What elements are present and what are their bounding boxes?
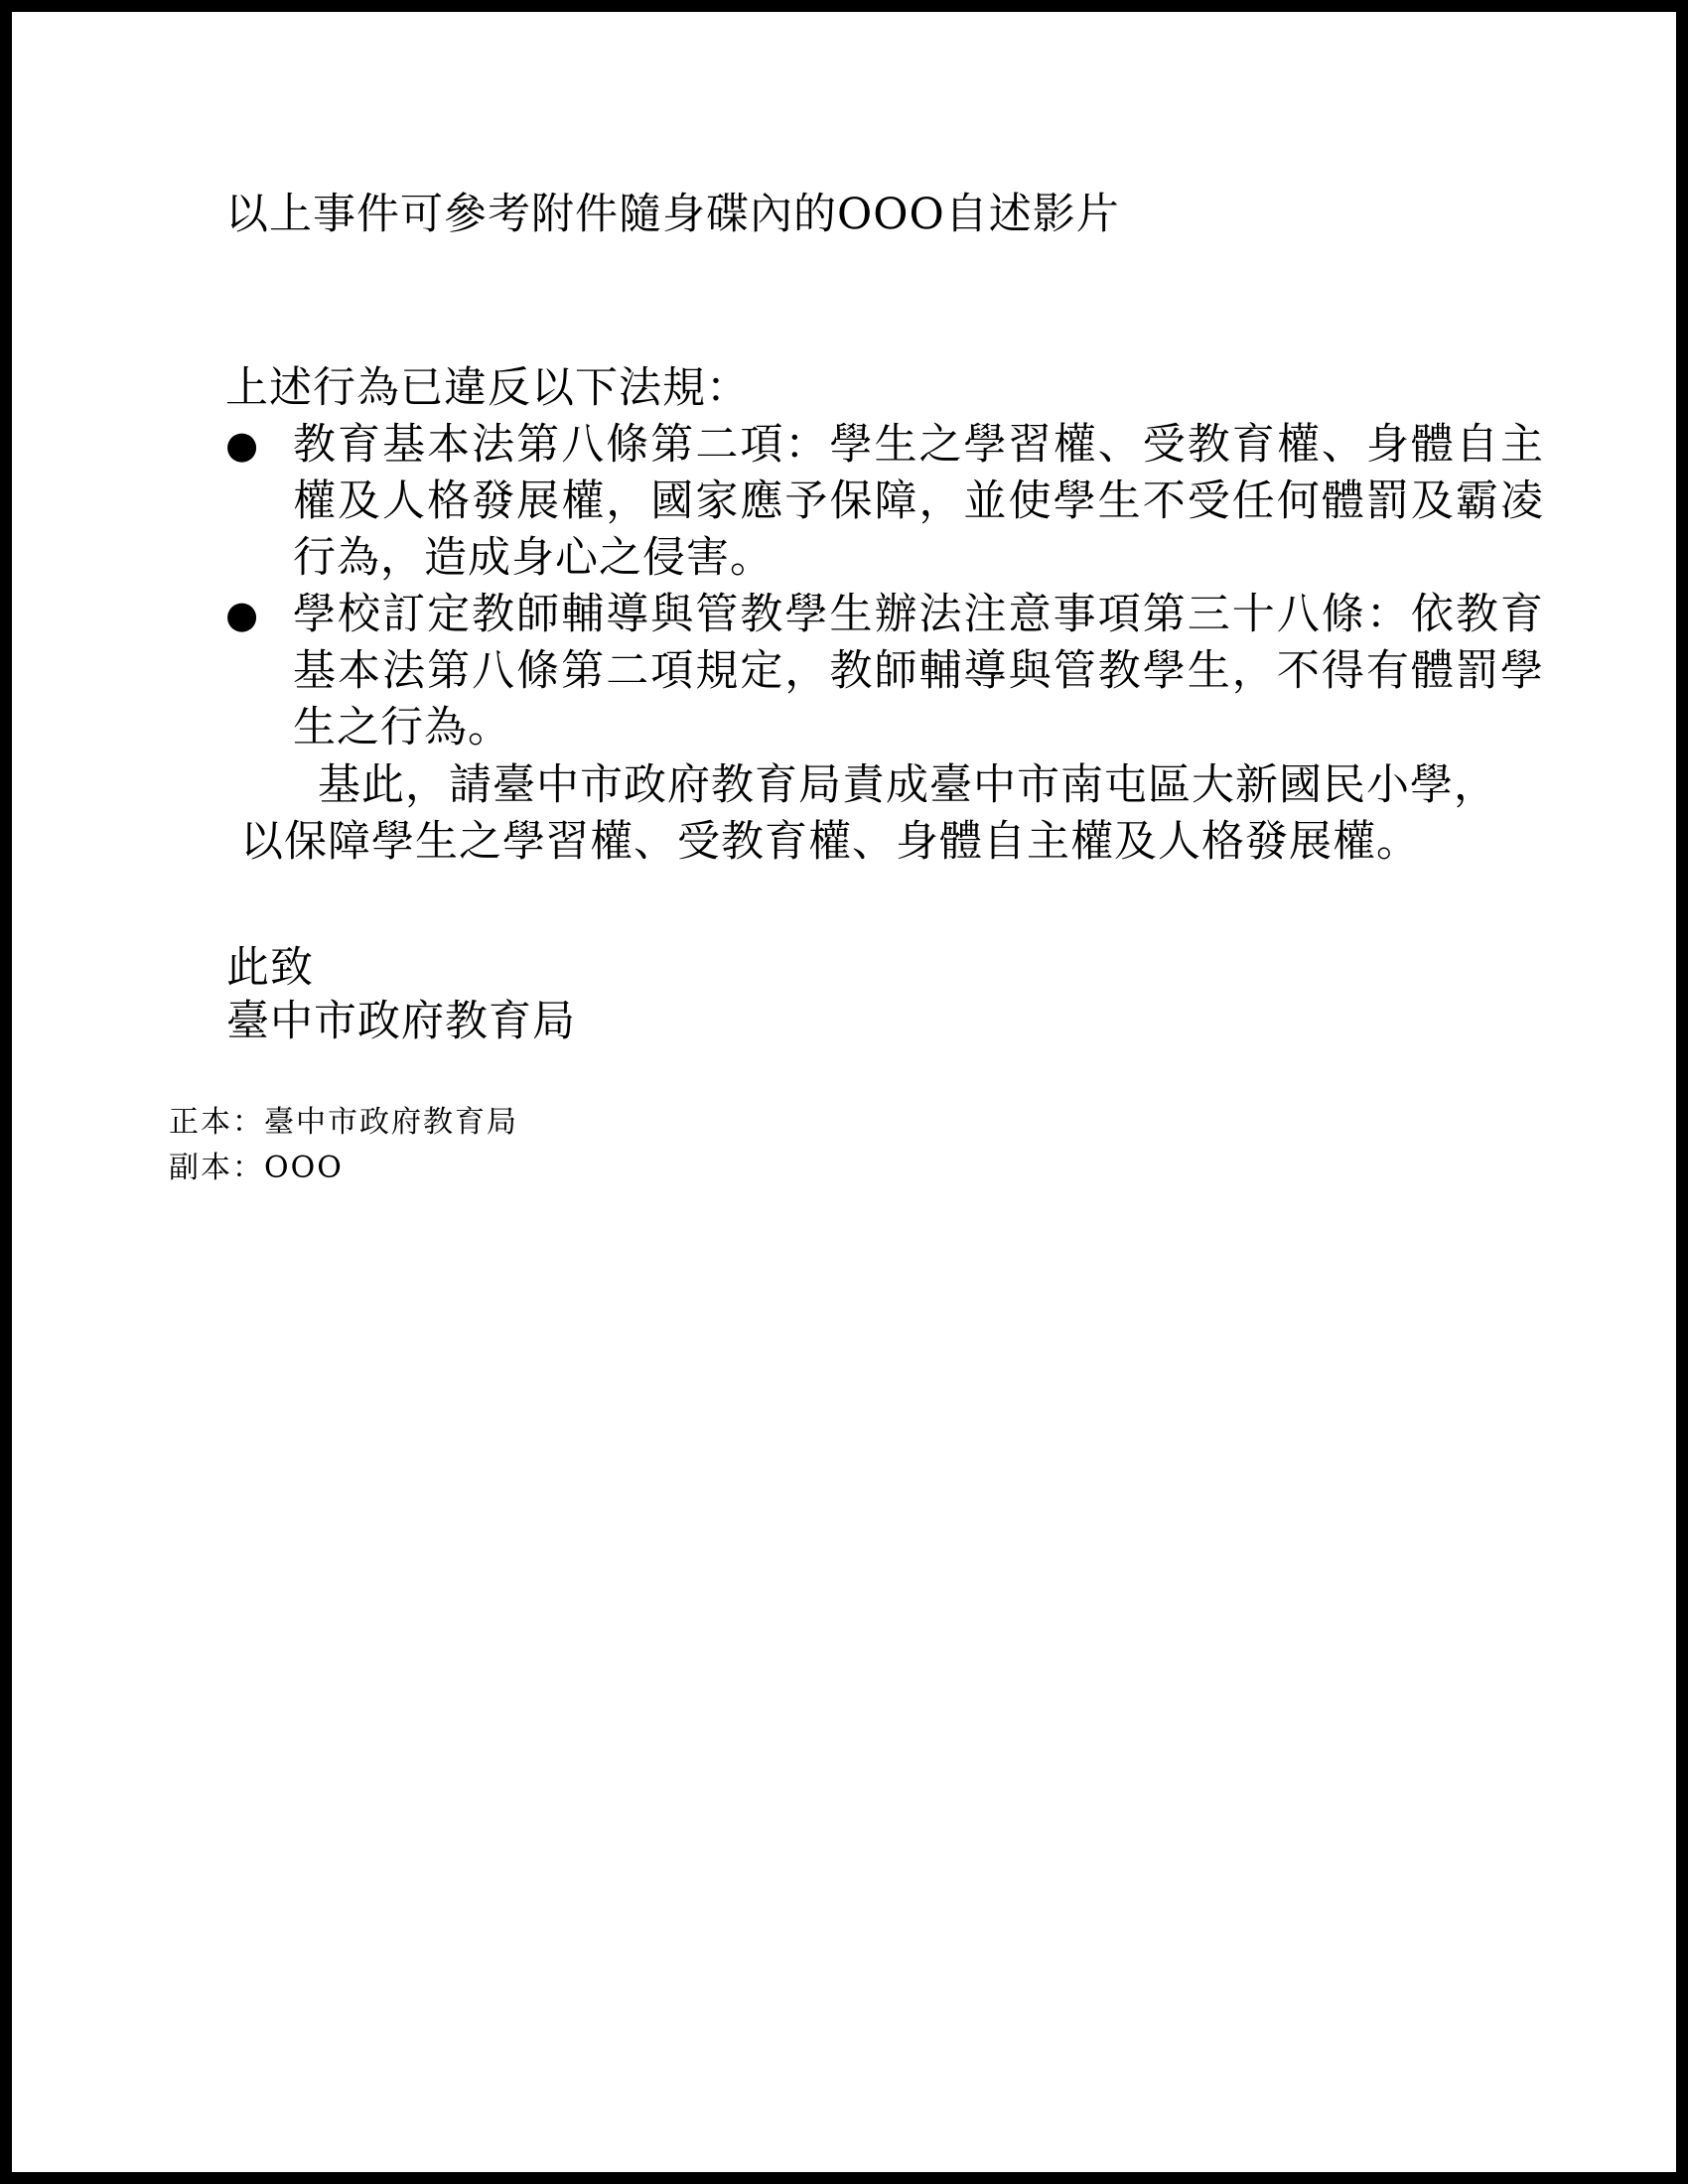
closing-paragraph: 基此，請臺中市政府教育局責成臺中市南屯區大新國民小學，以保障學生之學習權、受教育… bbox=[240, 757, 1531, 871]
intro-line: 以上事件可參考附件隨身碟內的OOO自述影片 bbox=[225, 187, 1120, 243]
cc-recipient-line: 副本：OOO bbox=[169, 1146, 518, 1191]
section-heading: 上述行為已違反以下法規： bbox=[225, 360, 750, 417]
bullet-icon: ● bbox=[225, 587, 258, 643]
violated-laws-list: ● 教育基本法第八條第二項：學生之學習權、受教育權、身體自主權及人格發展權，國家… bbox=[225, 417, 1546, 756]
document-page: 以上事件可參考附件隨身碟內的OOO自述影片 上述行為已違反以下法規： ● 教育基… bbox=[0, 0, 1688, 2184]
violation-item: ● 教育基本法第八條第二項：學生之學習權、受教育權、身體自主權及人格發展權，國家… bbox=[225, 417, 1546, 587]
violation-text: 學校訂定教師輔導與管教學生辦法注意事項第三十八條：依教育基本法第八條第二項規定，… bbox=[293, 587, 1544, 756]
salutation-block: 此致 臺中市政府教育局 bbox=[226, 941, 576, 1048]
distribution-block: 正本：臺中市政府教育局 副本：OOO bbox=[169, 1100, 518, 1191]
salutation: 此致 bbox=[226, 941, 576, 995]
violation-text: 教育基本法第八條第二項：學生之學習權、受教育權、身體自主權及人格發展權，國家應予… bbox=[293, 417, 1544, 587]
addressee: 臺中市政府教育局 bbox=[226, 995, 576, 1048]
bullet-icon: ● bbox=[225, 417, 258, 474]
violation-item: ● 學校訂定教師輔導與管教學生辦法注意事項第三十八條：依教育基本法第八條第二項規… bbox=[225, 587, 1546, 756]
original-recipient-line: 正本：臺中市政府教育局 bbox=[169, 1100, 518, 1146]
